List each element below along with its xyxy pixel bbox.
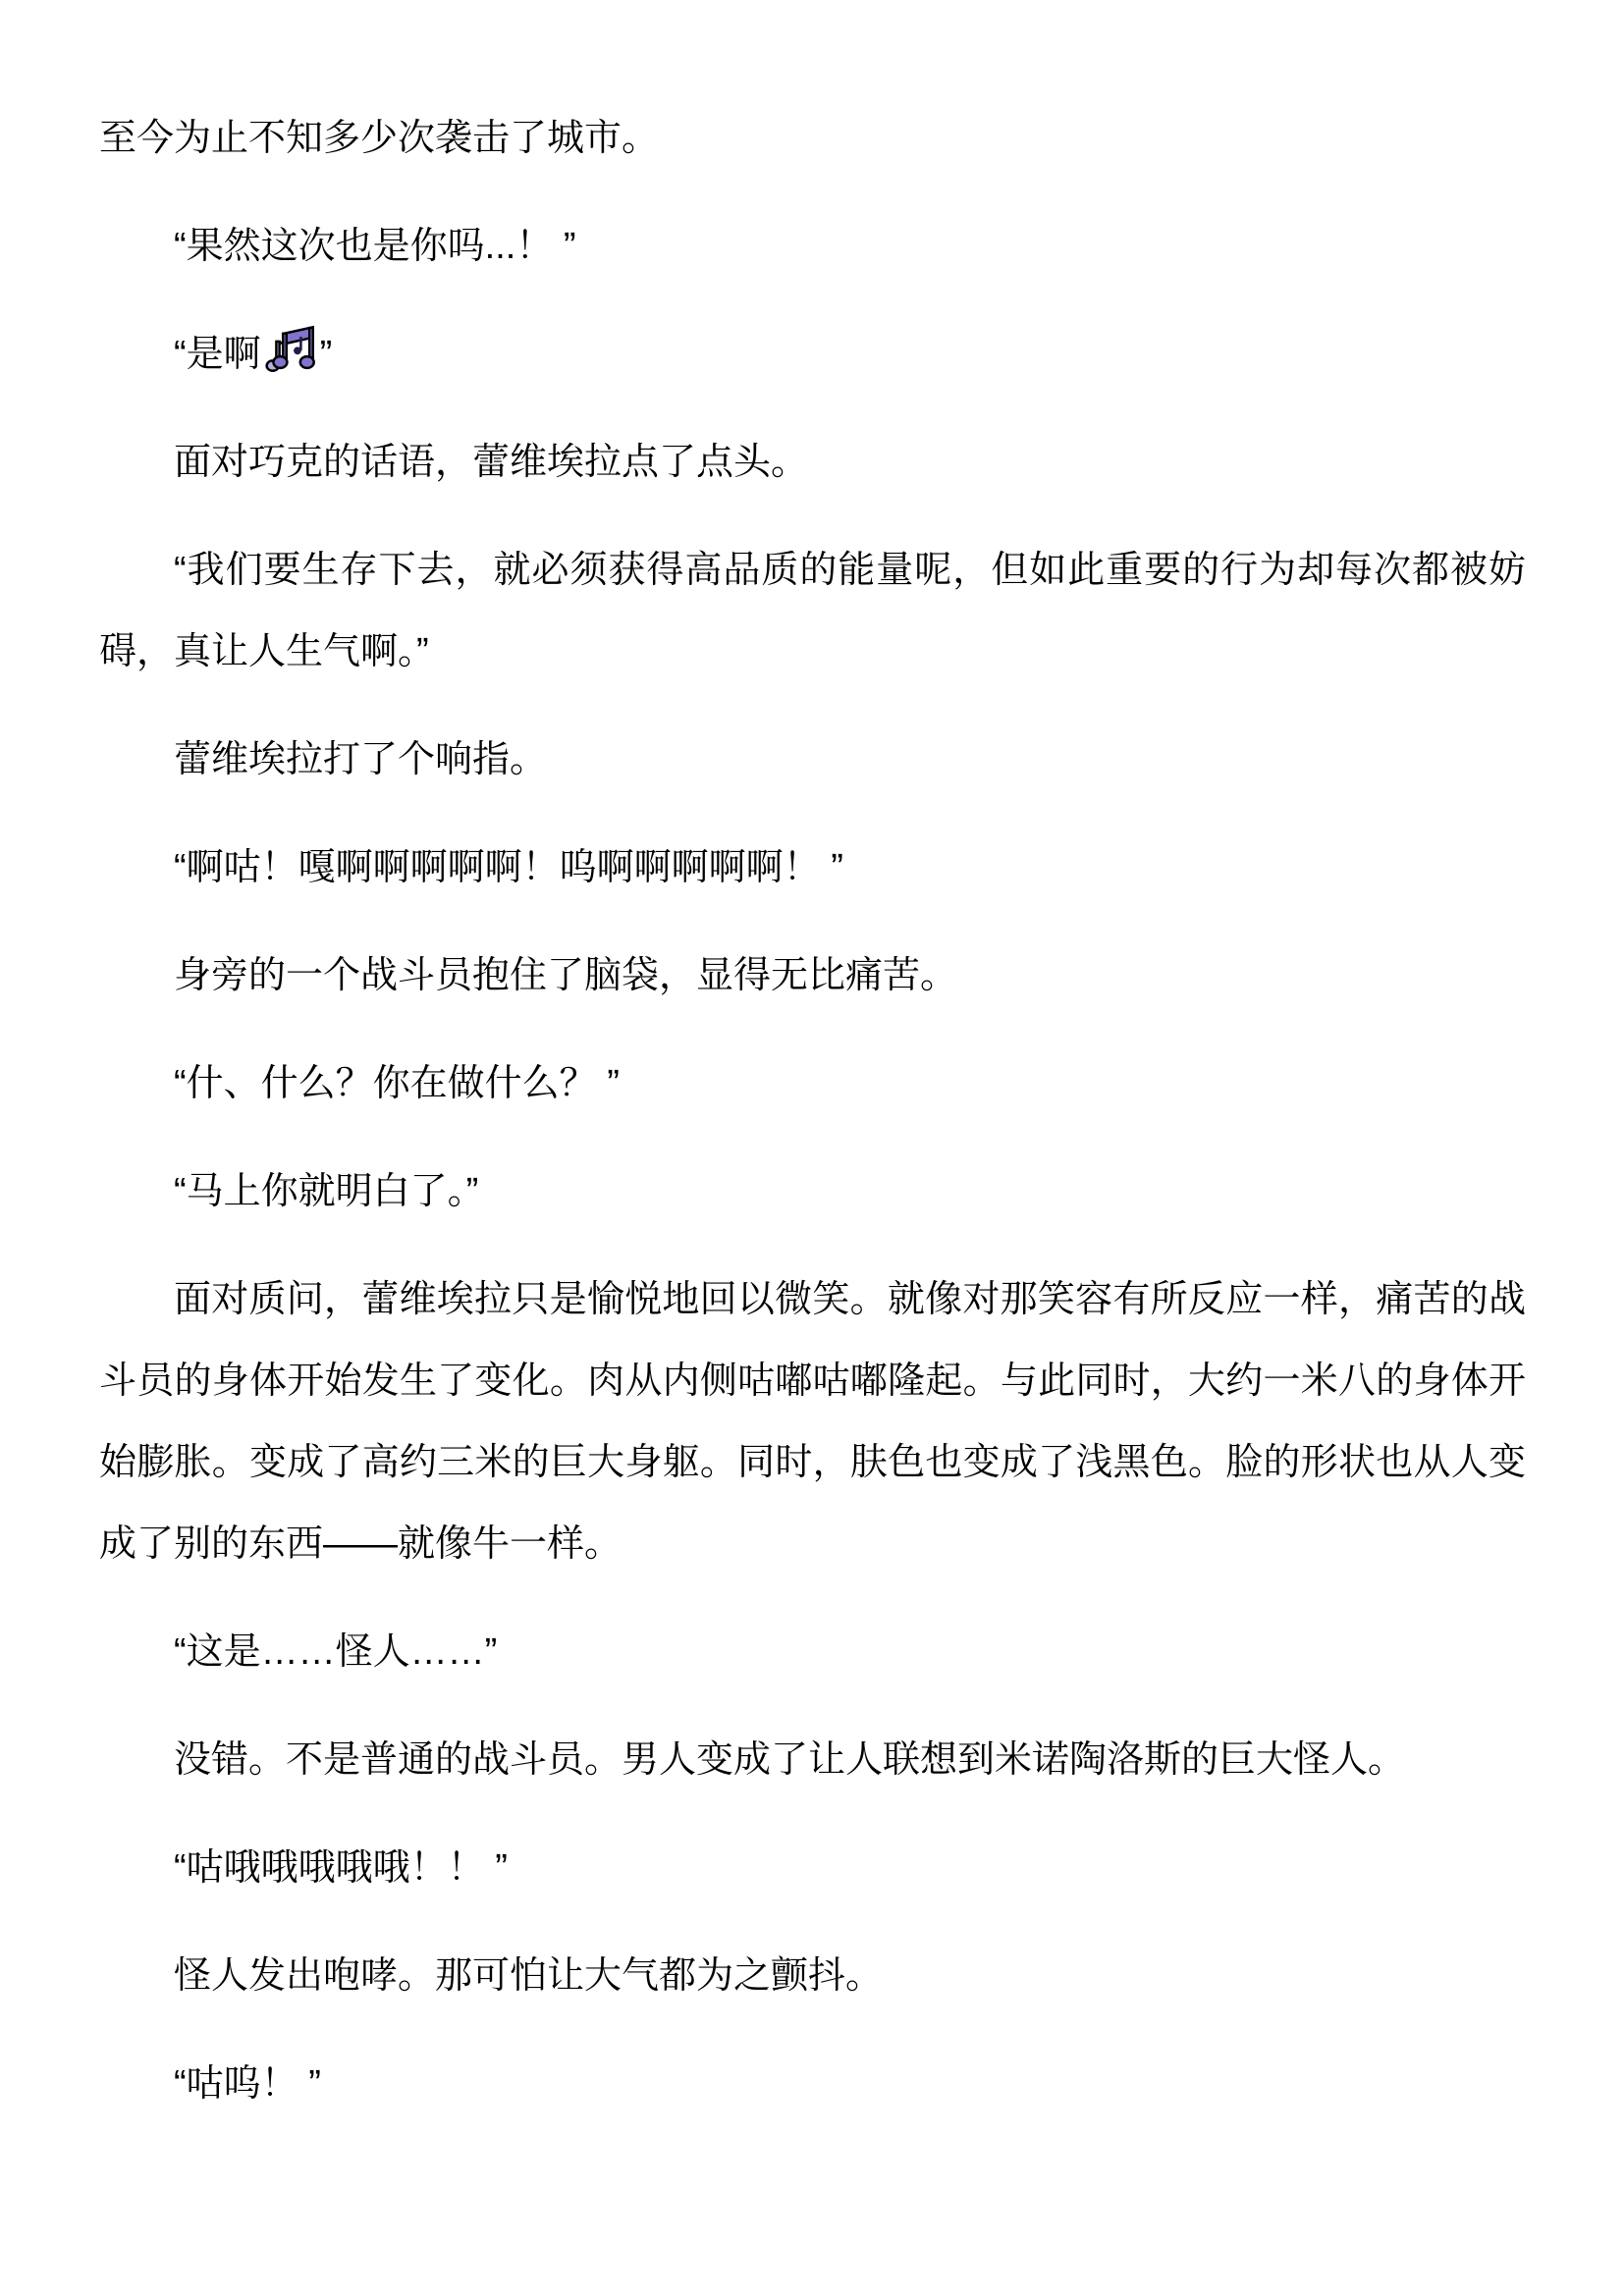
paragraph: “啊咕！嘎啊啊啊啊啊！呜啊啊啊啊啊！ ” [99,828,1526,909]
dialogue-text: “是啊 [174,334,261,375]
musical-notes-icon [263,324,318,375]
paragraph: “马上你就明白了。” [99,1151,1526,1233]
paragraph: “果然这次也是你吗...！ ” [99,206,1526,288]
paragraph: “是啊 [99,314,1526,396]
dialogue-text: ” [320,334,333,375]
paragraph: “咕呜！ ” [99,2044,1526,2125]
paragraph: “什、什么？你在做什么？ ” [99,1043,1526,1125]
document-page: 至今为止不知多少次袭击了城市。 “果然这次也是你吗...！ ” “是啊 [0,0,1624,2296]
paragraph: “我们要生存下去，就必须获得高品质的能量呢，但如此重要的行为却每次都被妨碍，真让… [99,530,1526,693]
paragraph: “这是……怪人……” [99,1612,1526,1693]
paragraph: 没错。不是普通的战斗员。男人变成了让人联想到米诺陶洛斯的巨大怪人。 [99,1720,1526,1801]
paragraph: 面对巧克的话语，蕾维埃拉点了点头。 [99,422,1526,504]
paragraph: 身旁的一个战斗员抱住了脑袋，显得无比痛苦。 [99,935,1526,1017]
paragraph: 至今为止不知多少次袭击了城市。 [99,98,1526,180]
paragraph: “咕哦哦哦哦哦！！ ” [99,1828,1526,1909]
paragraph: 面对质问，蕾维埃拉只是愉悦地回以微笑。就像对那笑容有所反应一样，痛苦的战斗员的身… [99,1259,1526,1585]
paragraph: 怪人发出咆哮。那可怕让大气都为之颤抖。 [99,1936,1526,2017]
paragraph: 蕾维埃拉打了个响指。 [99,720,1526,801]
